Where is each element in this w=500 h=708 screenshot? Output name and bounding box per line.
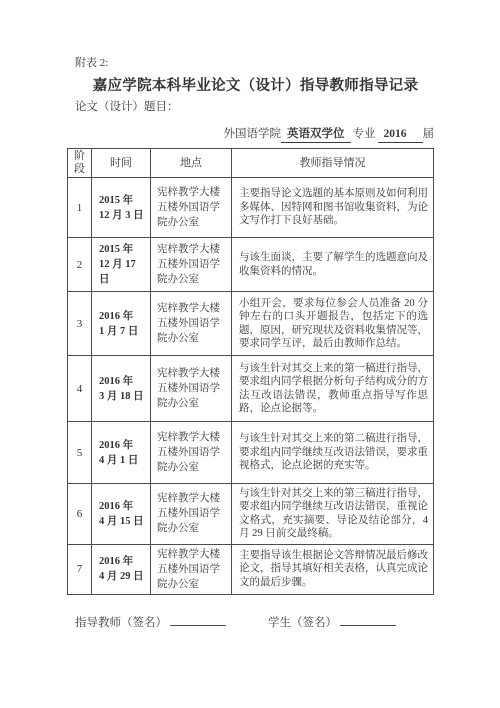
college-name: 外国语学院 xyxy=(224,128,282,140)
signature-line: 指导教师（签名）学生（签名） xyxy=(75,615,434,631)
student-signature-label: 学生（签名） xyxy=(268,617,337,629)
table-row: 5 2016 年 4 月 1 日 宪梓教学大楼五楼外国语学院办公室 与该生针对其… xyxy=(68,422,434,484)
header-location: 地点 xyxy=(151,149,232,178)
guidance-cell: 与该生面谈，主要了解学生的选题意向及收集资料的情况。 xyxy=(232,238,434,292)
header-guidance: 教师指导情况 xyxy=(232,149,434,178)
location-cell: 宪梓教学大楼五楼外国语学院办公室 xyxy=(151,544,232,594)
header-stage: 阶段 xyxy=(68,149,92,178)
time-cell: 2016 年 3 月 18 日 xyxy=(92,356,151,422)
location-cell: 宪梓教学大楼五楼外国语学院办公室 xyxy=(151,356,232,422)
teacher-signature-label: 指导教师（签名） xyxy=(75,617,167,629)
stage-cell: 4 xyxy=(68,356,92,422)
teacher-signature-blank xyxy=(170,615,226,626)
guidance-cell: 与该生针对其交上来的第三稿进行指导，要求组内同学继续互改语法错误，重视论文格式，… xyxy=(232,484,434,545)
time-cell: 2016 年 1 月 7 日 xyxy=(92,292,151,356)
guidance-cell: 与该生针对其交上来的第一稿进行指导，要求组内同学根据分析句子结构成分的方法互改语… xyxy=(232,356,434,422)
table-row: 3 2016 年 1 月 7 日 宪梓教学大楼五楼外国语学院办公室 小组开会，要… xyxy=(68,292,434,356)
stage-cell: 2 xyxy=(68,238,92,292)
guidance-cell: 主要指导该生根据论文答辩情况最后修改论文，指导其填好相关表格，认真完成论文的最后… xyxy=(232,544,434,594)
table-row: 7 2016 年 4 月 29 日 宪梓教学大楼五楼外国语学院办公室 主要指导该… xyxy=(68,544,434,594)
stage-cell: 7 xyxy=(68,544,92,594)
thesis-title-label: 论文（设计）题目： xyxy=(75,100,434,115)
stage-cell: 1 xyxy=(68,178,92,238)
document-page: 附表 2: 嘉应学院本科毕业论文（设计）指导教师指导记录 论文（设计）题目： 外… xyxy=(0,0,500,708)
guidance-record-table: 阶段 时间 地点 教师指导情况 1 2015 年 12 月 3 日 宪梓教学大楼… xyxy=(67,148,434,595)
class-year-label: 届 xyxy=(423,128,435,140)
time-cell: 2015 年 12 月 3 日 xyxy=(92,178,151,238)
document-title: 嘉应学院本科毕业论文（设计）指导教师指导记录 xyxy=(67,76,434,96)
table-row: 1 2015 年 12 月 3 日 宪梓教学大楼五楼外国语学院办公室 主要指导论… xyxy=(68,178,434,238)
guidance-cell: 小组开会，要求每位参会人员准备 20 分钟左右的口头开题报告，包括定下的选题，原… xyxy=(232,292,434,356)
location-cell: 宪梓教学大楼五楼外国语学院办公室 xyxy=(151,422,232,484)
table-row: 2 2015 年 12 月 17 日 宪梓教学大楼五楼外国语学院办公室 与该生面… xyxy=(68,238,434,292)
stage-cell: 3 xyxy=(68,292,92,356)
appendix-note: 附表 2: xyxy=(75,56,434,70)
stage-cell: 6 xyxy=(68,484,92,545)
table-row: 4 2016 年 3 月 18 日 宪梓教学大楼五楼外国语学院办公室 与该生针对… xyxy=(68,356,434,422)
stage-cell: 5 xyxy=(68,422,92,484)
table-header-row: 阶段 时间 地点 教师指导情况 xyxy=(68,149,434,178)
location-cell: 宪梓教学大楼五楼外国语学院办公室 xyxy=(151,178,232,238)
major-label: 专业 xyxy=(351,128,378,140)
header-time: 时间 xyxy=(92,149,151,178)
student-signature-blank xyxy=(340,615,396,626)
major-value: 英语双学位 xyxy=(281,127,351,143)
time-cell: 2015 年 12 月 17 日 xyxy=(92,238,151,292)
class-year-value: 2016 xyxy=(378,127,423,143)
college-major-year-line: 外国语学院英语双学位专业2016届 xyxy=(67,127,434,143)
guidance-cell: 主要指导论文选题的基本原则及如何利用多媒体、因特网和图书馆收集资料，为论文写作打… xyxy=(232,178,434,238)
table-row: 6 2016 年 4 月 15 日 宪梓教学大楼五楼外国语学院办公室 与该生针对… xyxy=(68,484,434,545)
time-cell: 2016 年 4 月 29 日 xyxy=(92,544,151,594)
time-cell: 2016 年 4 月 1 日 xyxy=(92,422,151,484)
location-cell: 宪梓教学大楼五楼外国语学院办公室 xyxy=(151,484,232,545)
time-cell: 2016 年 4 月 15 日 xyxy=(92,484,151,545)
location-cell: 宪梓教学大楼五楼外国语学院办公室 xyxy=(151,292,232,356)
location-cell: 宪梓教学大楼五楼外国语学院办公室 xyxy=(151,238,232,292)
guidance-cell: 与该生针对其交上来的第二稿进行指导，要求组内同学继续互改语法错误，要求重视格式，… xyxy=(232,422,434,484)
